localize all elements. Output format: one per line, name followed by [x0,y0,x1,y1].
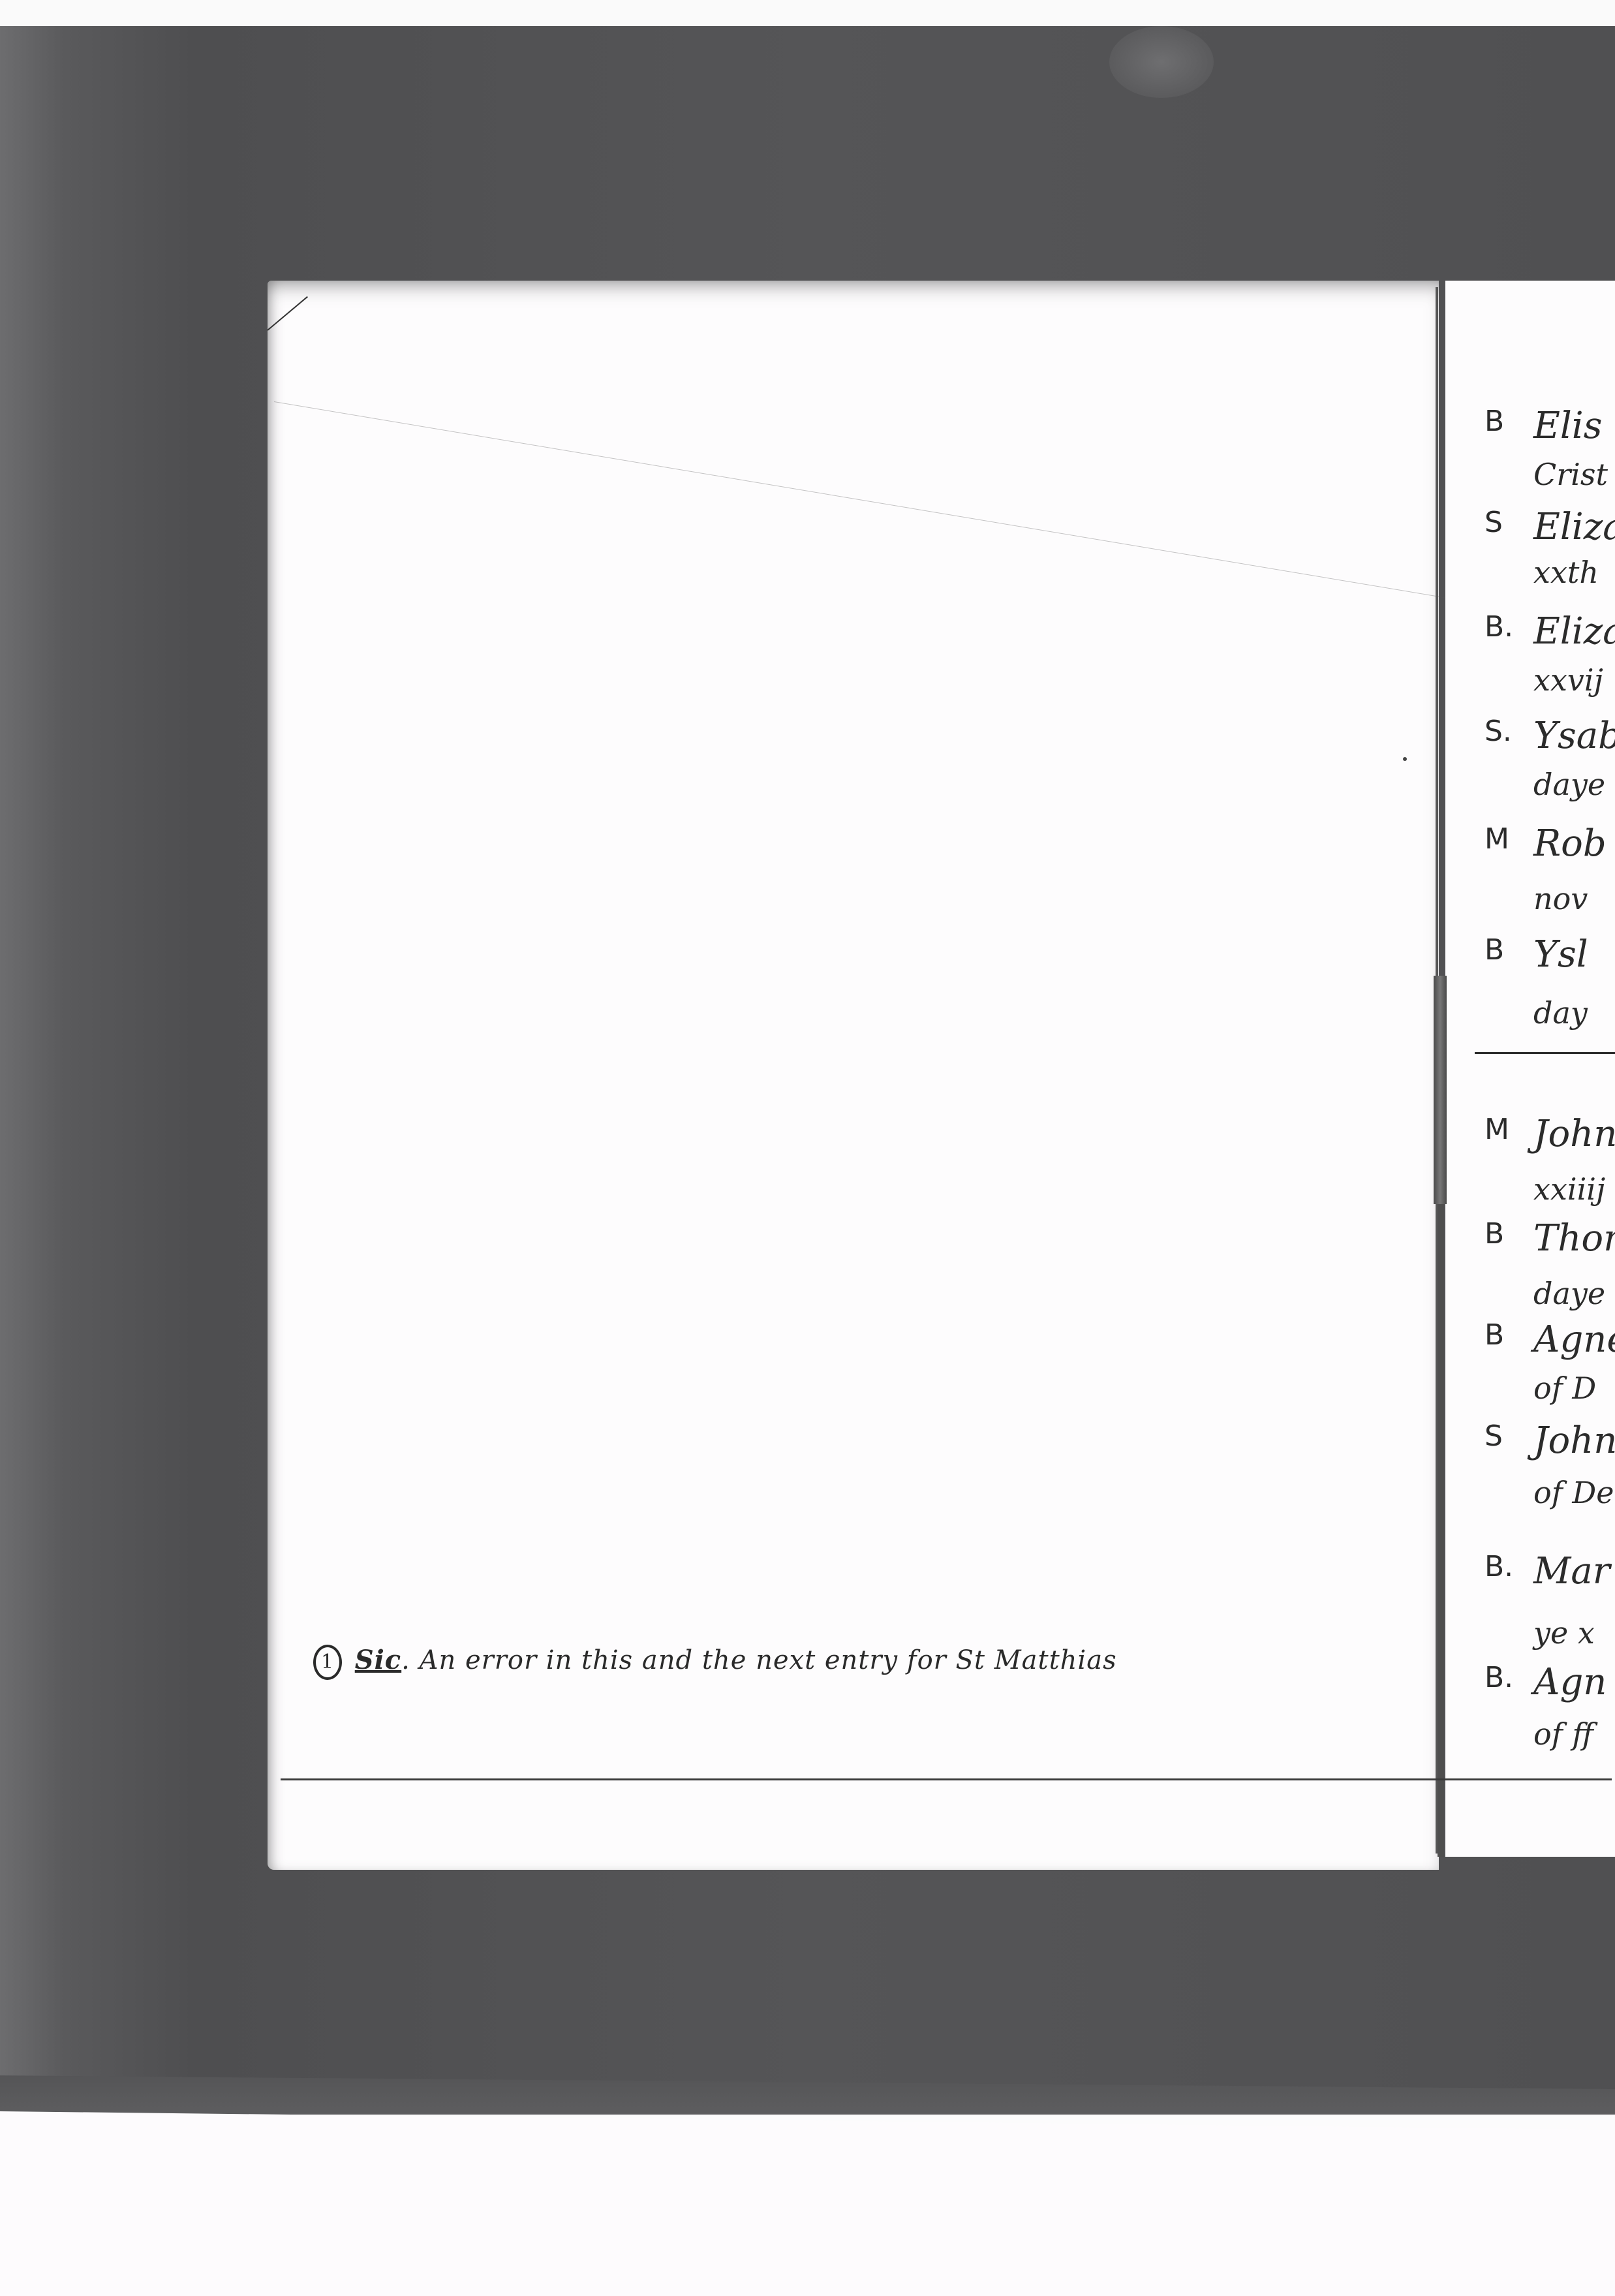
entry-continuation: xxvij [1533,662,1603,698]
entry-continuation: daye [1533,767,1605,802]
entry-continuation: day [1533,995,1588,1031]
gutter-binding-lower [1438,1204,1444,1857]
entry-type: B [1484,1318,1504,1352]
entry-name: Agn [1533,1661,1607,1703]
fingerprint-smudge [1109,26,1214,98]
entry-name: Ysl [1533,933,1588,976]
entry-type: S [1484,506,1503,539]
right-page: B Elis Crist S Eliza xxth B. Eliza xxvij… [1445,281,1615,1857]
gutter-binding [1434,976,1447,1204]
entry-continuation: xxiiij [1533,1171,1605,1207]
entry-continuation: daye [1533,1276,1605,1311]
entry-name: Mar [1533,1550,1610,1592]
entry-continuation: of ff [1533,1716,1593,1752]
left-page [268,281,1439,1870]
footnote: 1 Sic. An error in this and the next ent… [313,1645,1117,1680]
entry-type: B. [1484,1661,1513,1694]
section-divider [1475,1052,1615,1054]
ink-speck [1403,757,1407,761]
entry-type: B [1484,1217,1504,1250]
bottom-ruled-line [281,1778,1612,1780]
entry-continuation: of D [1533,1371,1596,1406]
entry-name: Agne [1533,1318,1615,1361]
entry-continuation: xxth [1533,555,1599,590]
entry-type: B [1484,933,1504,967]
footnote-marker: 1 [313,1645,342,1680]
footnote-sic: Sic [355,1645,401,1675]
entry-name: Rob [1533,822,1607,865]
entry-continuation: ye x [1533,1615,1595,1651]
entry-name: John [1533,1419,1615,1462]
entry-continuation: Crist [1533,457,1608,492]
entry-name: Eliza [1533,506,1615,548]
entry-name: Elis [1533,405,1602,447]
footnote-text: . An error in this and the next entry fo… [401,1645,1116,1675]
entry-name: Ysab [1533,715,1615,757]
entry-name: Eliza [1533,610,1615,653]
entry-continuation: nov [1533,881,1588,916]
scan-top-margin [0,0,1615,29]
entry-type: S [1484,1419,1503,1453]
entry-name: Thom [1533,1217,1615,1260]
entry-name: John [1533,1113,1615,1155]
scan-bottom-margin [0,2111,1615,2296]
entry-continuation: of De [1533,1475,1614,1510]
entry-type: B [1484,405,1504,438]
entry-type: B. [1484,1550,1513,1583]
entry-type: B. [1484,610,1513,644]
entry-type: M [1484,1113,1509,1146]
entry-type: S. [1484,715,1512,748]
entry-type: M [1484,822,1509,856]
